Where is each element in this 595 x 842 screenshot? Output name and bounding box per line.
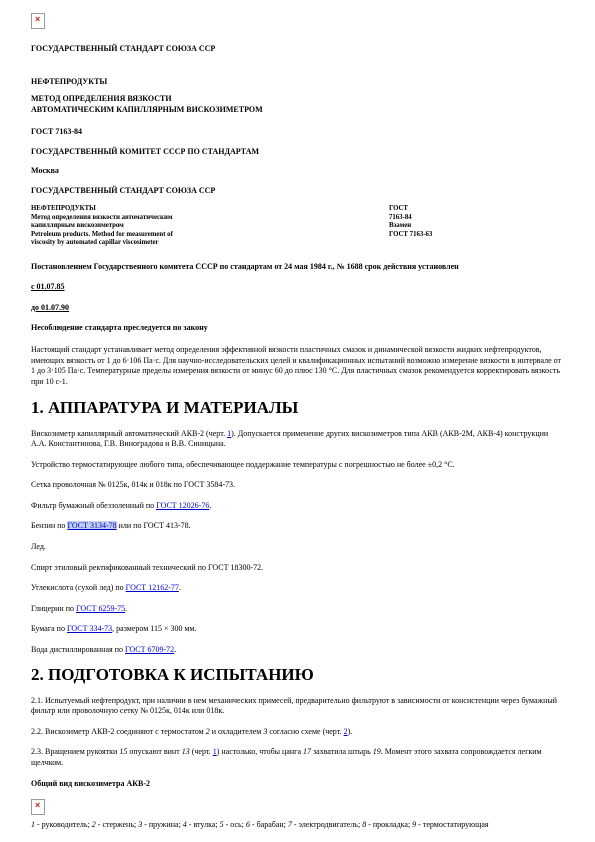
broken-image-icon: × bbox=[31, 13, 45, 29]
text-segment: Бумага по bbox=[31, 624, 67, 633]
text-segment: Вискозиметр капиллярный автоматический А… bbox=[31, 429, 227, 438]
figure-title: Общий вид вискозиметра АКВ-2 bbox=[31, 779, 565, 790]
text-segment: Фильтр бумажный обеззоленный по bbox=[31, 501, 156, 510]
paragraph: Вискозиметр капиллярный автоматический А… bbox=[31, 429, 565, 450]
text-segment: захватила штырь bbox=[311, 747, 373, 756]
title-left-line: Petroleum products. Method for measureme… bbox=[31, 231, 389, 239]
text-segment: Вода дистиллированная по bbox=[31, 645, 125, 654]
text-segment: Бензин по bbox=[31, 521, 67, 530]
paragraph: Фильтр бумажный обеззоленный по ГОСТ 120… bbox=[31, 501, 565, 512]
section-1-heading: 1. АППАРАТУРА И МАТЕРИАЛЫ bbox=[31, 398, 565, 418]
text-segment: . bbox=[209, 501, 211, 510]
paragraph: 2.2. Вискозиметр АКВ-2 соединяют с термо… bbox=[31, 727, 565, 738]
paragraph: Бумага по ГОСТ 334-73, размером 115 × 30… bbox=[31, 624, 565, 635]
text-segment: Лед. bbox=[31, 542, 46, 551]
standard-title-repeat: ГОСУДАРСТВЕННЫЙ СТАНДАРТ СОЮЗА ССР bbox=[31, 186, 565, 197]
title-right-line: ГОСТ bbox=[389, 205, 432, 213]
title-right-line: Взамен bbox=[389, 222, 432, 230]
paragraph: Сетка проволочная № 0125к, 014к и 018к п… bbox=[31, 480, 565, 491]
text-segment: (черт. bbox=[190, 747, 213, 756]
text-segment: - втулка; bbox=[187, 820, 220, 829]
title-block-left: НЕФТЕПРОДУКТЫ Метод определения вязкости… bbox=[31, 205, 389, 247]
intro-paragraph: Настоящий стандарт устанавливает метод о… bbox=[31, 345, 565, 387]
gost-link[interactable]: ГОСТ 3134-78 bbox=[67, 521, 116, 530]
text-segment: - прокладка; bbox=[366, 820, 412, 829]
text-segment: 2.1. Испытуемый нефтепродукт, при наличи… bbox=[31, 696, 557, 716]
committee-line: ГОСУДАРСТВЕННЫЙ КОМИТЕТ СССР ПО СТАНДАРТ… bbox=[31, 147, 565, 158]
text-segment: - стержень; bbox=[96, 820, 138, 829]
gost-link[interactable]: ГОСТ 12162-77 bbox=[126, 583, 179, 592]
text-segment: , размером 115 × 300 мм. bbox=[112, 624, 196, 633]
text-segment: 2.3. Вращением рукоятки bbox=[31, 747, 119, 756]
text-segment: 2.2. Вискозиметр АКВ-2 соединяют с термо… bbox=[31, 727, 206, 736]
text-segment: Глицерин по bbox=[31, 604, 76, 613]
method-title-line2: АВТОМАТИЧЕСКИМ КАПИЛЛЯРНЫМ ВИСКОЗИМЕТРОМ bbox=[31, 105, 565, 116]
gost-number: ГОСТ 7163-84 bbox=[31, 127, 565, 138]
paragraph: 2.3. Вращением рукоятки 15 опускают винт… bbox=[31, 747, 565, 768]
gost-link[interactable]: ГОСТ 6259-75 bbox=[76, 604, 125, 613]
text-segment: Сетка проволочная № 0125к, 014к и 018к п… bbox=[31, 480, 235, 489]
broken-image-x-icon: × bbox=[35, 801, 40, 810]
text-segment: ). bbox=[348, 727, 353, 736]
text-segment: ) настолько, чтобы цанга bbox=[217, 747, 303, 756]
text-segment: или по ГОСТ 413-78. bbox=[117, 521, 191, 530]
text-segment: согласно схеме (черт. bbox=[267, 727, 343, 736]
text-segment: - ось; bbox=[224, 820, 246, 829]
product-heading: НЕФТЕПРОДУКТЫ bbox=[31, 77, 565, 88]
method-title-line1: МЕТОД ОПРЕДЕЛЕНИЯ ВЯЗКОСТИ bbox=[31, 94, 565, 105]
title-left-line: НЕФТЕПРОДУКТЫ bbox=[31, 205, 389, 213]
text-segment: . bbox=[174, 645, 176, 654]
paragraph: Устройство термостатирующее любого типа,… bbox=[31, 460, 565, 471]
paragraph: 2.1. Испытуемый нефтепродукт, при наличи… bbox=[31, 696, 565, 717]
text-segment: - пружина; bbox=[142, 820, 183, 829]
paragraph: Лед. bbox=[31, 542, 565, 553]
text-segment: опускают винт bbox=[127, 747, 181, 756]
text-segment: 17 bbox=[303, 747, 311, 756]
text-segment: 13 bbox=[182, 747, 190, 756]
effective-to-date: до 01.07.90 bbox=[31, 303, 565, 314]
paragraph: Спирт этиловый ректификованный техническ… bbox=[31, 563, 565, 574]
gost-link[interactable]: ГОСТ 334-73 bbox=[67, 624, 112, 633]
text-segment: и охладителем bbox=[210, 727, 264, 736]
effective-from-date: с 01.07.85 bbox=[31, 282, 565, 293]
title-left-line: Метод определения вязкости автоматически… bbox=[31, 214, 389, 222]
text-segment: - барабан; bbox=[250, 820, 288, 829]
broken-image-icon: × bbox=[31, 799, 45, 815]
gost-link[interactable]: ГОСТ 6709-72 bbox=[125, 645, 174, 654]
figure-caption: 1 - руководитель; 2 - стержень; 3 - пруж… bbox=[31, 820, 565, 831]
title-block-right: ГОСТ 7163-84 Взамен ГОСТ 7163-63 bbox=[389, 205, 432, 247]
title-right-line: ГОСТ 7163-63 bbox=[389, 231, 432, 239]
text-segment: - термостатирующая bbox=[416, 820, 488, 829]
broken-image-x-icon: × bbox=[35, 15, 40, 24]
text-segment: 19 bbox=[373, 747, 381, 756]
text-segment: Спирт этиловый ректификованный техническ… bbox=[31, 563, 263, 572]
paragraph: Бензин по ГОСТ 3134-78 или по ГОСТ 413-7… bbox=[31, 521, 565, 532]
text-segment: Устройство термостатирующее любого типа,… bbox=[31, 460, 455, 469]
text-segment: . bbox=[179, 583, 181, 592]
section-2-heading: 2. ПОДГОТОВКА К ИСПЫТАНИЮ bbox=[31, 665, 565, 685]
paragraph: Глицерин по ГОСТ 6259-75. bbox=[31, 604, 565, 615]
gost-link[interactable]: ГОСТ 12026-76 bbox=[156, 501, 209, 510]
document-page: × ГОСУДАРСТВЕННЫЙ СТАНДАРТ СОЮЗА ССР НЕФ… bbox=[0, 0, 595, 842]
text-segment: - электродвигатель; bbox=[292, 820, 362, 829]
law-notice: Несоблюдение стандарта преследуется по з… bbox=[31, 323, 565, 334]
standard-title-top: ГОСУДАРСТВЕННЫЙ СТАНДАРТ СОЮЗА ССР bbox=[31, 44, 565, 55]
text-segment: . bbox=[125, 604, 127, 613]
text-segment: Углекислота (сухой лед) по bbox=[31, 583, 126, 592]
decree-text: Постановлением Государственного комитета… bbox=[31, 262, 565, 273]
title-left-line: капиллярным вискозиметром bbox=[31, 222, 389, 230]
text-segment: - руководитель; bbox=[35, 820, 92, 829]
paragraph: Вода дистиллированная по ГОСТ 6709-72. bbox=[31, 645, 565, 656]
city-line: Москва bbox=[31, 166, 565, 177]
title-right-line: 7163-84 bbox=[389, 214, 432, 222]
paragraph: Углекислота (сухой лед) по ГОСТ 12162-77… bbox=[31, 583, 565, 594]
title-block: НЕФТЕПРОДУКТЫ Метод определения вязкости… bbox=[31, 205, 565, 247]
title-left-line: viscosity by automated capillar viscosim… bbox=[31, 239, 389, 247]
